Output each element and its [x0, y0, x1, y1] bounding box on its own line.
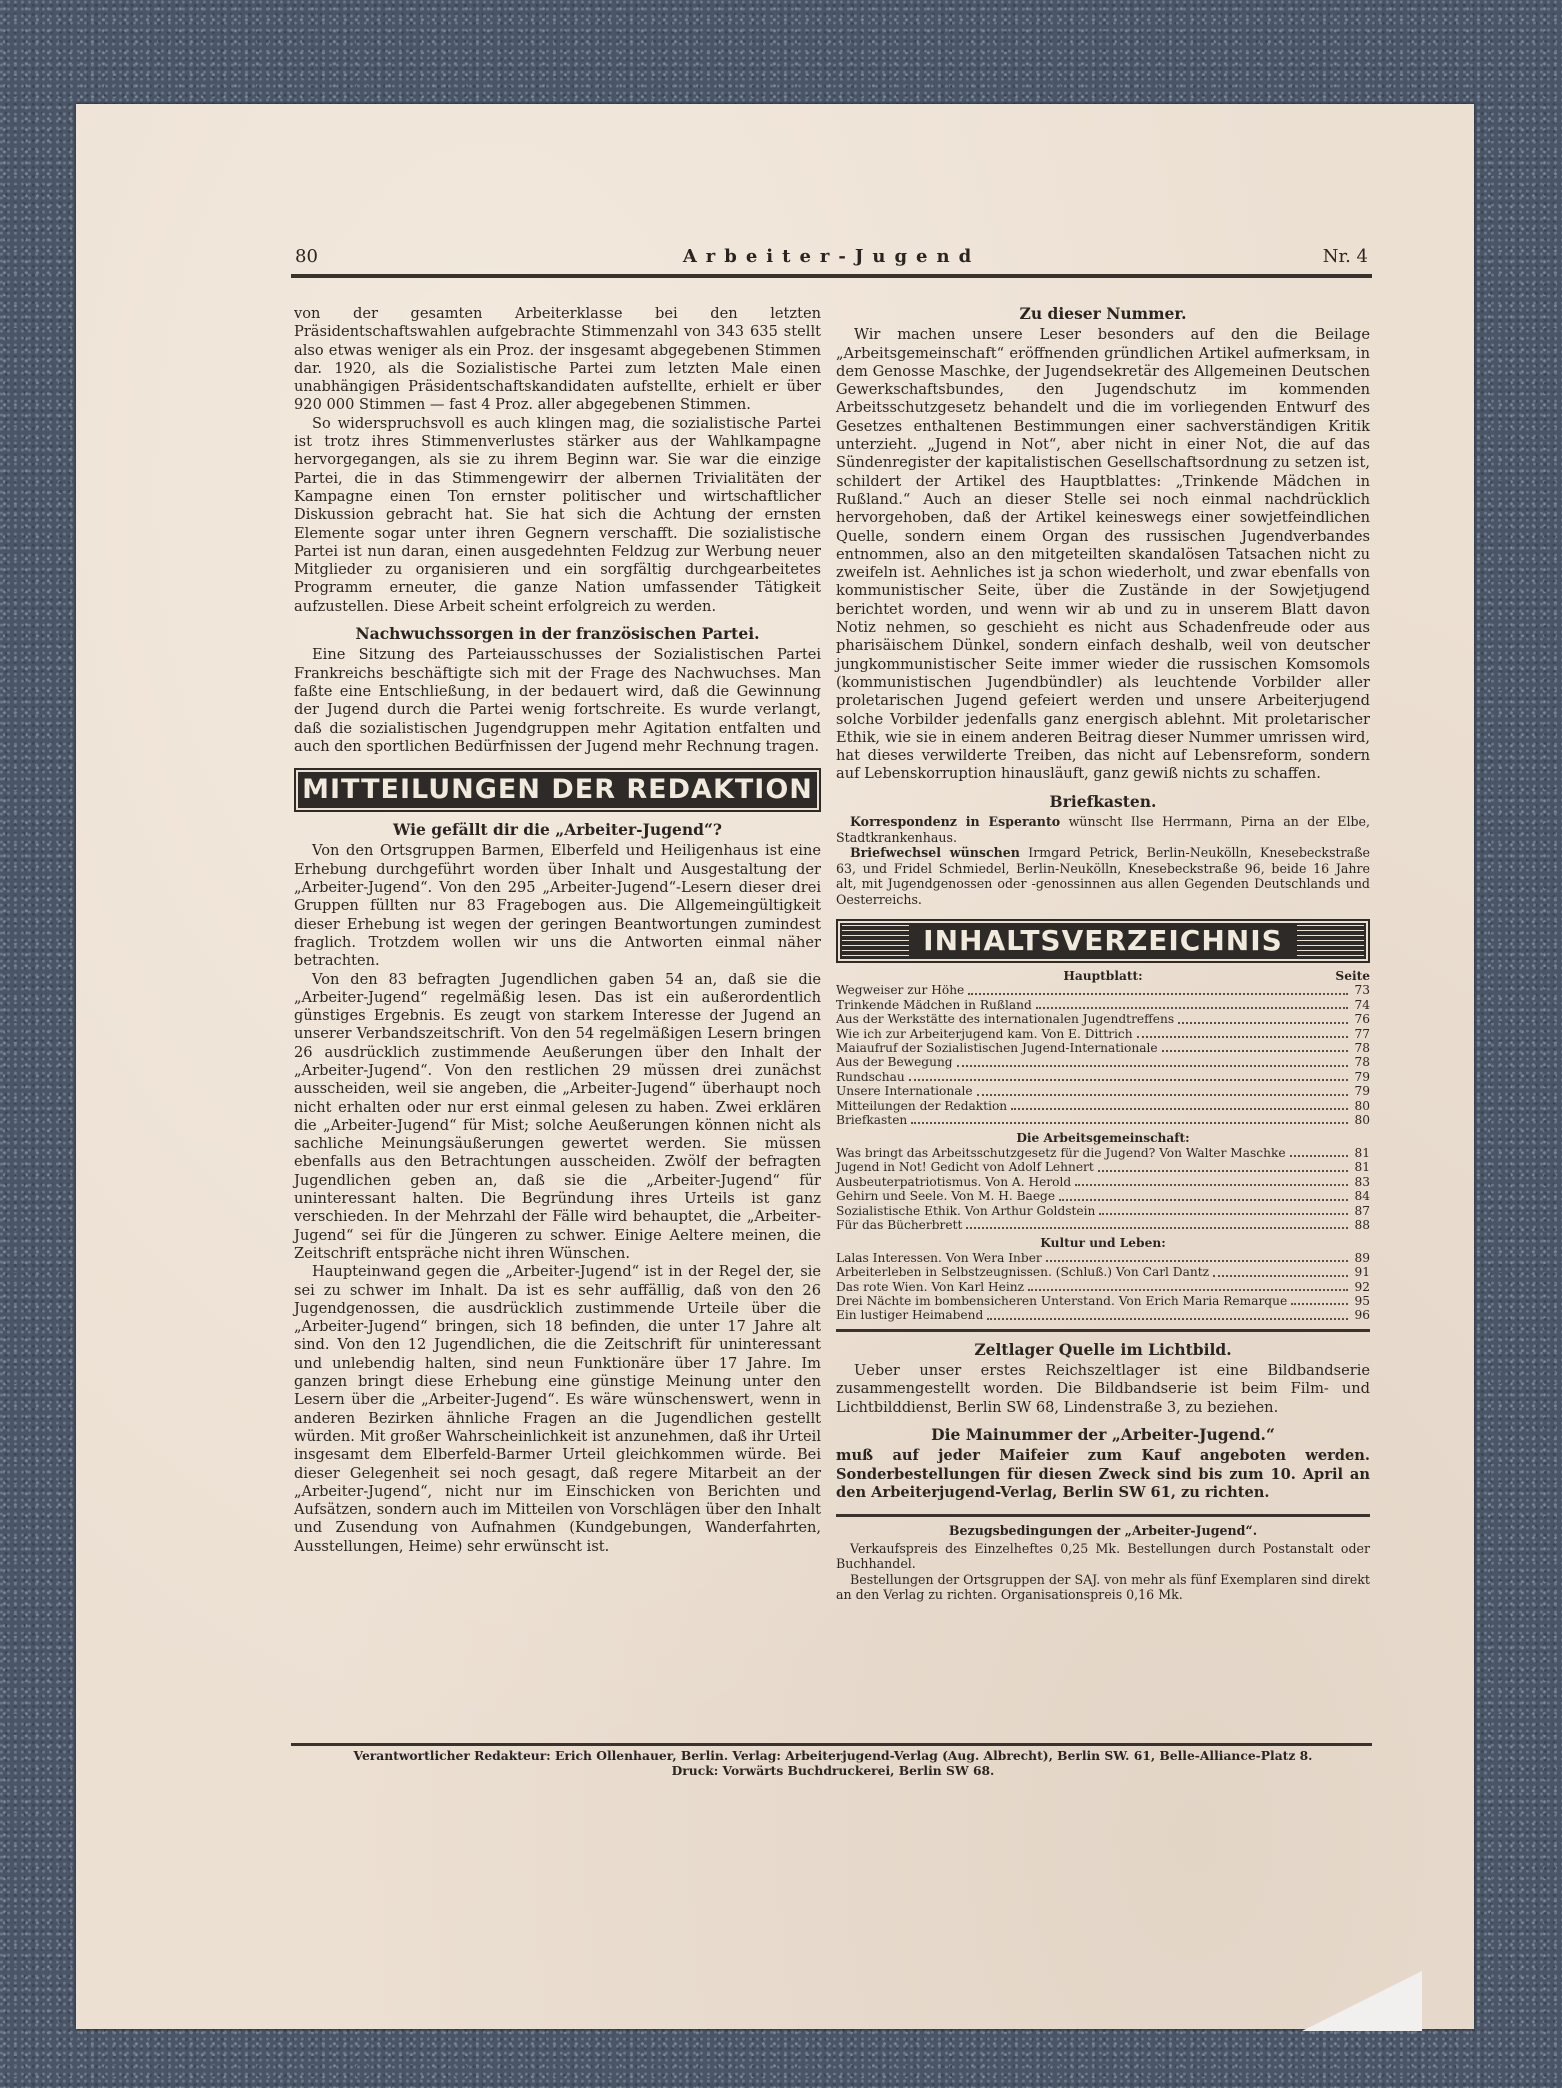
- toc-entry: Mitteilungen der Redaktion80: [836, 1099, 1370, 1113]
- mailbox-item: Briefwechsel wünschen Irmgard Petrick, B…: [836, 845, 1370, 907]
- paragraph: Eine Sitzung des Parteiausschusses der S…: [294, 646, 821, 756]
- leader-dots: [1178, 1022, 1348, 1024]
- camp-heading: Zeltlager Quelle im Lichtbild.: [836, 1341, 1370, 1359]
- leader-dots: [1290, 1155, 1348, 1157]
- subscription-terms: Bezugsbedingungen der „Arbeiter-Jugend“.…: [836, 1523, 1370, 1603]
- paragraph: muß auf jeder Maifeier zum Kauf angebote…: [836, 1447, 1370, 1502]
- toc-entry-page: 81: [1352, 1160, 1370, 1174]
- toc-entry-title: Aus der Werkstätte des internationalen J…: [836, 1012, 1174, 1026]
- mailbox-list: Korrespondenz in Esperanto wünscht Ilse …: [836, 814, 1370, 907]
- toc-entry: Drei Nächte im bombensicheren Unterstand…: [836, 1294, 1370, 1308]
- table-of-contents: Hauptblatt:SeiteWegweiser zur Höhe73Trin…: [836, 969, 1370, 1323]
- toc-entry: Jugend in Not! Gedicht von Adolf Lehnert…: [836, 1160, 1370, 1174]
- toc-entry-page: 88: [1352, 1218, 1370, 1232]
- toc-entry: Das rote Wien. Von Karl Heinz92: [836, 1280, 1370, 1294]
- toc-entry-page: 96: [1352, 1308, 1370, 1322]
- issue-heading: Zu dieser Nummer.: [836, 305, 1370, 323]
- leader-dots: [911, 1122, 1348, 1124]
- leader-dots: [1162, 1050, 1348, 1052]
- toc-entry-title: Ausbeuterpatriotismus. Von A. Herold: [836, 1175, 1071, 1189]
- right-column: Zu dieser Nummer. Wir machen unsere Lese…: [836, 305, 1370, 1603]
- toc-entry-page: 81: [1352, 1146, 1370, 1160]
- may-issue-heading: Die Mainummer der „Arbeiter-Jugend.“: [836, 1426, 1370, 1444]
- toc-entry-page: 79: [1352, 1070, 1370, 1084]
- leader-dots: [968, 993, 1348, 995]
- toc-entry: Maiaufruf der Sozialistischen Jugend-Int…: [836, 1041, 1370, 1055]
- toc-entry-title: Arbeiterleben in Selbstzeugnissen. (Schl…: [836, 1265, 1209, 1279]
- toc-entry: Ein lustiger Heimabend96: [836, 1308, 1370, 1322]
- toc-entry-title: Wie ich zur Arbeiterjugend kam. Von E. D…: [836, 1027, 1133, 1041]
- toc-entry: Aus der Bewegung78: [836, 1055, 1370, 1069]
- leader-dots: [966, 1227, 1348, 1229]
- toc-entry-page: 83: [1352, 1175, 1370, 1189]
- toc-entry-title: Das rote Wien. Von Karl Heinz: [836, 1280, 1024, 1294]
- terms-heading: Bezugsbedingungen der „Arbeiter-Jugend“.: [836, 1523, 1370, 1539]
- toc-section-heading: Kultur und Leben:: [836, 1236, 1370, 1250]
- leader-dots: [1028, 1289, 1348, 1291]
- table-of-contents-banner: INHALTSVERZEICHNIS: [836, 919, 1370, 963]
- paragraph: von der gesamten Arbeiterklasse bei den …: [294, 305, 821, 415]
- toc-entry-title: Briefkasten: [836, 1113, 907, 1127]
- leader-dots: [987, 1318, 1348, 1320]
- toc-entry-title: Rundschau: [836, 1070, 905, 1084]
- toc-entry-page: 95: [1352, 1294, 1370, 1308]
- toc-entry-title: Ein lustiger Heimabend: [836, 1308, 983, 1322]
- survey-heading: Wie gefällt dir die „Arbeiter-Jugend“?: [294, 821, 821, 839]
- toc-entry-page: 91: [1352, 1265, 1370, 1279]
- toc-entry-title: Was bringt das Arbeitsschutzgesetz für d…: [836, 1146, 1286, 1160]
- toc-entry: Wegweiser zur Höhe73: [836, 983, 1370, 997]
- toc-entry: Ausbeuterpatriotismus. Von A. Herold83: [836, 1175, 1370, 1189]
- leader-dots: [1046, 1260, 1348, 1262]
- toc-entry-title: Gehirn und Seele. Von M. H. Baege: [836, 1189, 1055, 1203]
- paragraph: Von den 83 befragten Jugendlichen gaben …: [294, 971, 821, 1264]
- toc-entry-title: Unsere Internationale: [836, 1084, 973, 1098]
- leader-dots: [1036, 1007, 1348, 1009]
- paragraph: Von den Ortsgruppen Barmen, Elberfeld un…: [294, 842, 821, 970]
- toc-entry: Aus der Werkstätte des internationalen J…: [836, 1012, 1370, 1026]
- footer-rule: [291, 1743, 1372, 1746]
- toc-entry: Gehirn und Seele. Von M. H. Baege84: [836, 1189, 1370, 1203]
- page-column-label: Seite: [1335, 969, 1370, 983]
- section-rule: [836, 1514, 1370, 1517]
- mailbox-item: Korrespondenz in Esperanto wünscht Ilse …: [836, 814, 1370, 845]
- toc-entry: Trinkende Mädchen in Rußland74: [836, 998, 1370, 1012]
- toc-entry-page: 74: [1352, 998, 1370, 1012]
- paragraph: Wir machen unsere Leser besonders auf de…: [836, 326, 1370, 783]
- leader-dots: [1098, 1170, 1348, 1172]
- left-column: von der gesamten Arbeiterklasse bei den …: [294, 305, 821, 1556]
- paragraph: Ueber unser erstes Reichszeltlager ist e…: [836, 1362, 1370, 1417]
- issue-number: Nr. 4: [1323, 246, 1368, 267]
- toc-entry-page: 84: [1352, 1189, 1370, 1203]
- toc-entry-page: 78: [1352, 1055, 1370, 1069]
- toc-entry-page: 92: [1352, 1280, 1370, 1294]
- toc-entry: Unsere Internationale79: [836, 1084, 1370, 1098]
- toc-entry: Sozialistische Ethik. Von Arthur Goldste…: [836, 1204, 1370, 1218]
- imprint-footer: Verantwortlicher Redakteur: Erich Ollenh…: [294, 1748, 1372, 1778]
- folded-corner: [1302, 1971, 1422, 2031]
- imprint-line: Verantwortlicher Redakteur: Erich Ollenh…: [294, 1748, 1372, 1763]
- toc-entry-page: 79: [1352, 1084, 1370, 1098]
- toc-entry-page: 80: [1352, 1099, 1370, 1113]
- publication-title: Arbeiter-Jugend: [295, 246, 1368, 267]
- paragraph: Haupteinwand gegen die „Arbeiter-Jugend“…: [294, 1263, 821, 1556]
- leader-dots: [909, 1079, 1348, 1081]
- paragraph: So widerspruchsvoll es auch klingen mag,…: [294, 415, 821, 616]
- toc-entry-title: Maiaufruf der Sozialistischen Jugend-Int…: [836, 1041, 1158, 1055]
- toc-entry-title: Jugend in Not! Gedicht von Adolf Lehnert: [836, 1160, 1094, 1174]
- toc-entry-page: 78: [1352, 1041, 1370, 1055]
- leader-dots: [1213, 1275, 1348, 1277]
- mailbox-heading: Briefkasten.: [836, 793, 1370, 811]
- leader-dots: [1059, 1199, 1348, 1201]
- page-header: 80 Arbeiter-Jugend Nr. 4: [295, 246, 1368, 274]
- leader-dots: [957, 1065, 1348, 1067]
- toc-entry: Rundschau79: [836, 1070, 1370, 1084]
- toc-entry: Lalas Interessen. Von Wera Inber89: [836, 1251, 1370, 1265]
- toc-entry-title: Sozialistische Ethik. Von Arthur Goldste…: [836, 1204, 1095, 1218]
- leader-dots: [1099, 1213, 1348, 1215]
- toc-entry-page: 76: [1352, 1012, 1370, 1026]
- toc-entry-title: Lalas Interessen. Von Wera Inber: [836, 1251, 1042, 1265]
- toc-entry-page: 80: [1352, 1113, 1370, 1127]
- toc-section-heading: Die Arbeitsgemeinschaft:: [836, 1131, 1370, 1145]
- toc-entry-page: 89: [1352, 1251, 1370, 1265]
- section-rule: [836, 1329, 1370, 1332]
- leader-dots: [1011, 1108, 1348, 1110]
- paragraph: Bestellungen der Ortsgruppen der SAJ. vo…: [836, 1572, 1370, 1603]
- toc-entry: Briefkasten80: [836, 1113, 1370, 1127]
- toc-entry: Arbeiterleben in Selbstzeugnissen. (Schl…: [836, 1265, 1370, 1279]
- imprint-line: Druck: Vorwärts Buchdruckerei, Berlin SW…: [294, 1763, 1372, 1778]
- toc-section-heading: Hauptblatt:Seite: [836, 969, 1370, 983]
- toc-entry-page: 87: [1352, 1204, 1370, 1218]
- french-party-heading: Nachwuchssorgen in der französischen Par…: [294, 625, 821, 643]
- toc-entry: Für das Bücherbrett88: [836, 1218, 1370, 1232]
- leader-dots: [1075, 1184, 1348, 1186]
- toc-entry-title: Mitteilungen der Redaktion: [836, 1099, 1007, 1113]
- toc-entry-title: Für das Bücherbrett: [836, 1218, 962, 1232]
- toc-entry: Was bringt das Arbeitsschutzgesetz für d…: [836, 1146, 1370, 1160]
- toc-entry-title: Wegweiser zur Höhe: [836, 983, 964, 997]
- toc-entry-title: Drei Nächte im bombensicheren Unterstand…: [836, 1294, 1287, 1308]
- toc-entry-title: Aus der Bewegung: [836, 1055, 953, 1069]
- toc-entry-page: 73: [1352, 983, 1370, 997]
- toc-entry-title: Trinkende Mädchen in Rußland: [836, 998, 1032, 1012]
- paragraph: Verkaufspreis des Einzelheftes 0,25 Mk. …: [836, 1541, 1370, 1572]
- toc-entry: Wie ich zur Arbeiterjugend kam. Von E. D…: [836, 1027, 1370, 1041]
- editorial-notices-banner: MITTEILUNGEN DER REDAKTION: [294, 768, 821, 812]
- leader-dots: [977, 1094, 1348, 1096]
- header-rule: [291, 274, 1372, 278]
- leader-dots: [1137, 1036, 1348, 1038]
- toc-entry-page: 77: [1352, 1027, 1370, 1041]
- leader-dots: [1291, 1303, 1348, 1305]
